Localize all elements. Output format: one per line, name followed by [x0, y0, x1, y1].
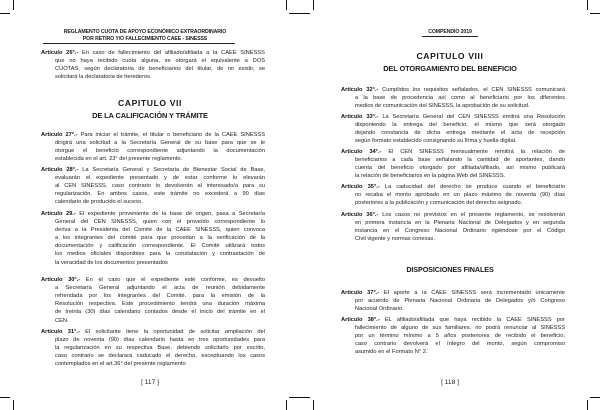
article-33: Artículo 33°.- La Secretaría General del…: [341, 113, 565, 145]
article-37: Artículo 37°.- El aporte a la CAEE SINES…: [341, 289, 565, 313]
crop-mark-top-right-v: [587, 0, 588, 10]
article-label: Artículo 36°.-: [341, 212, 378, 218]
article-34: Artículo 34°.- El CEN SINESSS mensualmen…: [341, 148, 565, 180]
crop-mark-top-left-h: [0, 13, 10, 14]
article-label: Artículo 30°.-: [41, 277, 80, 283]
article-28: Artículo 28°.- La Secretaría General y S…: [41, 166, 265, 206]
article-label: Artículo 26°.-: [41, 50, 78, 56]
article-label: Artículo 38°.-: [341, 317, 380, 323]
crop-mark-top-center-h: [289, 13, 300, 14]
chapter-title: DEL OTORGAMIENTO DEL BENEFICIO: [360, 63, 540, 75]
chapter-heading: CAPITULO VII DE LA CALIFICACIÓN Y TRÁMIT…: [60, 96, 240, 122]
chapter-heading: CAPITULO VIII DEL OTORGAMIENTO DEL BENEF…: [360, 49, 540, 75]
crop-mark-bottom-left-h: [0, 397, 10, 398]
article-32: Artículo 32°.- Cumplidos los requisitos …: [341, 86, 565, 110]
running-header-line1: COMPENDIO 2019: [415, 29, 485, 36]
header-rule: [422, 36, 478, 37]
crop-mark-bottom-right-v: [587, 400, 588, 410]
article-label: Artículo 27°.-: [41, 132, 78, 138]
crop-mark-bottom-center-h: [289, 397, 300, 398]
crop-mark-top-right-h: [590, 13, 600, 14]
article-label: Artículo 31°.-: [41, 329, 80, 335]
crop-mark-top-left-v: [13, 0, 14, 10]
left-page: REGLAMENTO CUOTA DE APOYO ECONÓMICO EXTR…: [0, 0, 300, 410]
article-29: Artículo 29.- El expediente proveniente …: [41, 210, 265, 267]
crop-mark-top-center-v: [286, 0, 287, 10]
crop-mark-bottom-right-h: [590, 397, 600, 398]
article-label: Artículo 28°.-: [41, 167, 78, 173]
running-header-line2: POR RETIRO Y/O FALLECIMIENTO CAEE - SINE…: [60, 36, 230, 43]
header-rule: [43, 43, 235, 44]
article-label: Artículo 37°.-: [341, 290, 379, 296]
article-label: Artículo 32°.-: [341, 87, 378, 93]
article-label: Artículo 29.-: [41, 211, 76, 217]
article-36: Artículo 36°.- Los casos no previstos en…: [341, 211, 565, 243]
section-heading: DISPOSICIONES FINALES: [360, 265, 540, 274]
article-31: Artículo 31°.- El solicitante tiene la o…: [41, 328, 265, 368]
article-label: Artículo 35°.-: [341, 184, 380, 190]
chapter-number: CAPITULO VIII: [360, 49, 540, 63]
chapter-number: CAPITULO VII: [60, 96, 240, 110]
running-header-line1: REGLAMENTO CUOTA DE APOYO ECONÓMICO EXTR…: [60, 29, 230, 36]
crop-mark-top-center-h: [300, 13, 310, 14]
page-number: [ 118 ]: [430, 379, 470, 386]
article-label: Artículo 33°.-: [341, 114, 378, 120]
chapter-title: DE LA CALIFICACIÓN Y TRÁMITE: [60, 110, 240, 122]
article-30: Artículo 30°.- En el caso que el expedie…: [41, 276, 265, 326]
crop-mark-top-center-v: [313, 0, 314, 10]
article-35: Artículo 35°.- La caducidad del derecho …: [341, 183, 565, 207]
article-38: Artículo 38°.- EL afiliado/afiliada que …: [341, 316, 565, 356]
crop-mark-bottom-center-v: [286, 400, 287, 410]
article-label: Artículo 34°.-: [341, 149, 381, 155]
crop-mark-bottom-center-h: [300, 397, 310, 398]
running-header: REGLAMENTO CUOTA DE APOYO ECONÓMICO EXTR…: [60, 29, 230, 42]
article-26: Artículo 26°.- En caso de fallecimiento …: [41, 49, 265, 81]
crop-mark-bottom-left-v: [13, 400, 14, 410]
crop-mark-bottom-center-v: [313, 400, 314, 410]
right-page: COMPENDIO 2019 CAPITULO VIII DEL OTORGAM…: [300, 0, 600, 410]
page-number: [ 117 ]: [130, 379, 170, 386]
running-header: COMPENDIO 2019: [415, 29, 485, 36]
article-27: Artículo 27°.- Para iniciar el trámite, …: [41, 131, 265, 163]
